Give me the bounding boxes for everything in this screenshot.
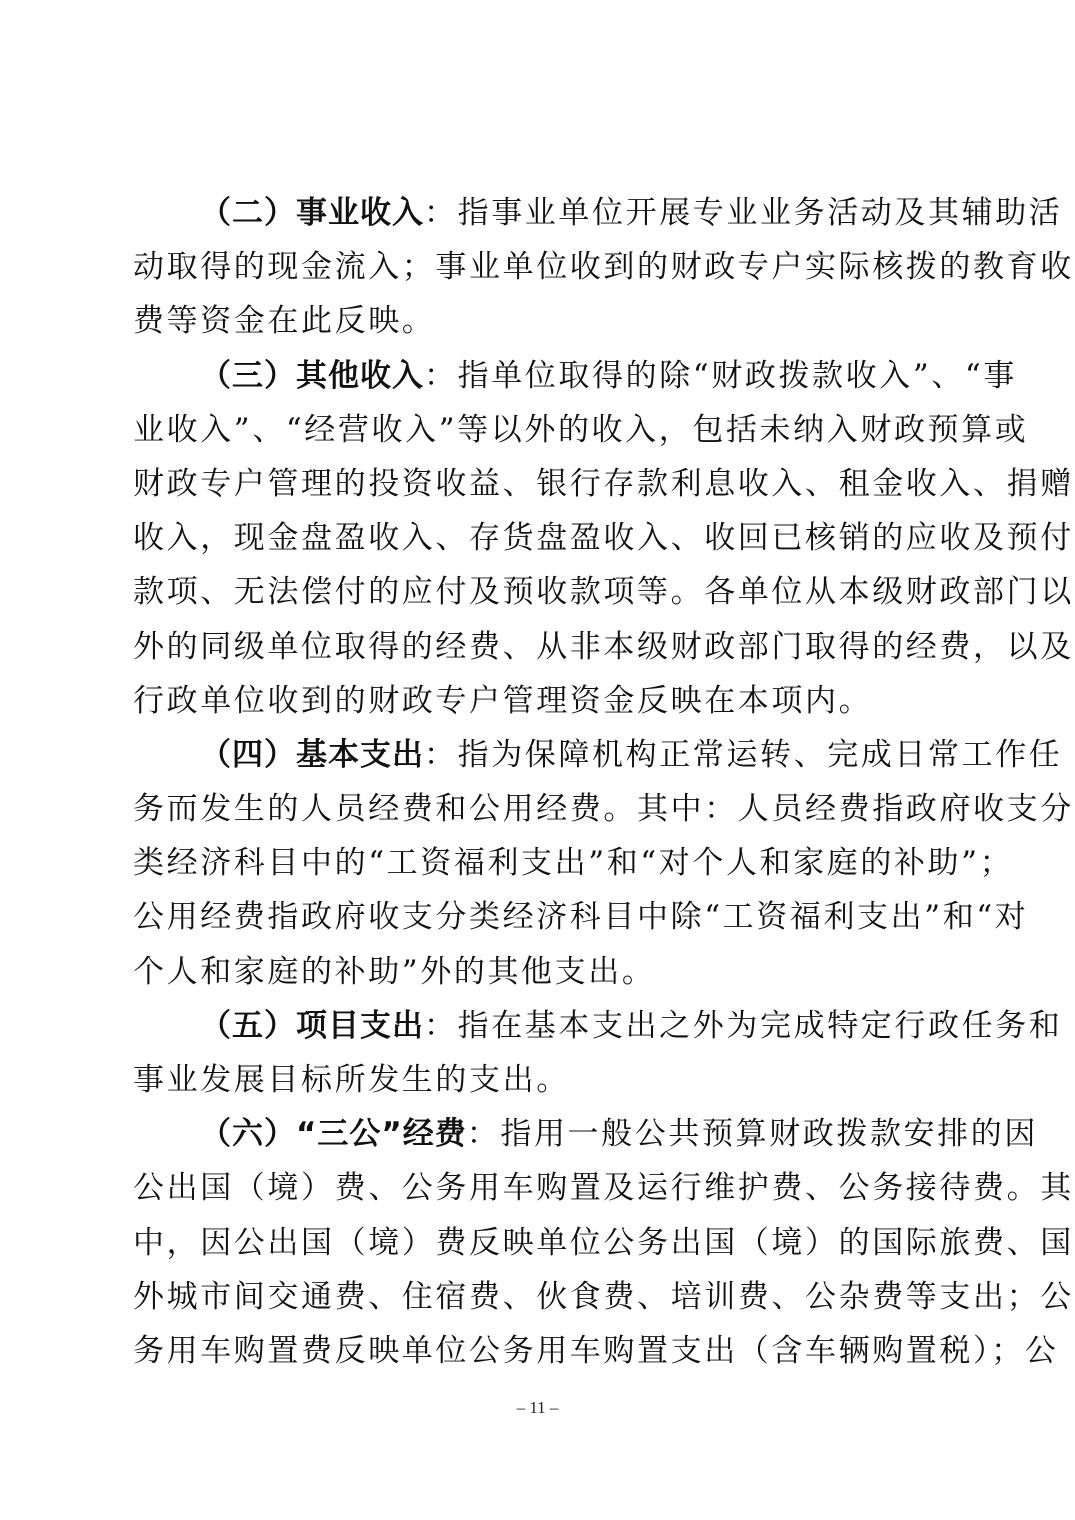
- paragraph-line: 款项、无法偿付的应付及预收款项等。各单位从本级财政部门以: [133, 565, 945, 619]
- paragraph-line: 类经济科目中的“工资福利支出”和“对个人和家庭的补助”；: [133, 836, 945, 890]
- paragraph-line: 公用经费指政府收支分类经济科目中除“工资福利支出”和“对: [133, 890, 945, 944]
- paragraph-line: （五）项目支出：指在基本支出之外为完成特定行政任务和: [133, 999, 945, 1053]
- paragraph-three-public-expenses: （六）“三公”经费：指用一般公共预算财政拨款安排的因 公出国（境）费、公务用车购…: [133, 1107, 945, 1378]
- paragraph-line: 业收入”、“经营收入”等以外的收入，包括未纳入财政预算或: [133, 403, 945, 457]
- term-heading: （二）事业收入: [200, 195, 424, 231]
- paragraph-business-income: （二）事业收入：指事业单位开展专业业务活动及其辅助活 动取得的现金流入；事业单位…: [133, 186, 945, 349]
- paragraph-basic-expenditure: （四）基本支出：指为保障机构正常运转、完成日常工作任 务而发生的人员经费和公用经…: [133, 728, 945, 999]
- paragraph-line: （六）“三公”经费：指用一般公共预算财政拨款安排的因: [133, 1107, 945, 1161]
- term-heading: （四）基本支出: [200, 737, 424, 773]
- paragraph-line: 收入，现金盘盈收入、存货盘盈收入、收回已核销的应收及预付: [133, 511, 945, 565]
- term-heading: （三）其他收入: [200, 358, 424, 394]
- paragraph-line: 公出国（境）费、公务用车购置及运行维护费、公务接待费。其: [133, 1161, 945, 1215]
- paragraph-line: 动取得的现金流入；事业单位收到的财政专户实际核拨的教育收: [133, 240, 945, 294]
- paragraph-other-income: （三）其他收入：指单位取得的除“财政拨款收入”、“事 业收入”、“经营收入”等以…: [133, 349, 945, 728]
- term-heading: （六）“三公”经费: [200, 1116, 467, 1152]
- paragraph-line: 费等资金在此反映。: [133, 294, 945, 348]
- paragraph-line: （二）事业收入：指事业单位开展专业业务活动及其辅助活: [133, 186, 945, 240]
- paragraph-line: （四）基本支出：指为保障机构正常运转、完成日常工作任: [133, 728, 945, 782]
- paragraph-line: 个人和家庭的补助”外的其他支出。: [133, 945, 945, 999]
- paragraph-line: 中，因公出国（境）费反映单位公务出国（境）的国际旅费、国: [133, 1216, 945, 1270]
- page-number: – 11 –: [0, 1398, 1075, 1418]
- document-body: （二）事业收入：指事业单位开展专业业务活动及其辅助活 动取得的现金流入；事业单位…: [133, 186, 945, 1378]
- paragraph-line: 务而发生的人员经费和公用经费。其中：人员经费指政府收支分: [133, 782, 945, 836]
- paragraph-line: 外城市间交通费、住宿费、伙食费、培训费、公杂费等支出；公: [133, 1270, 945, 1324]
- paragraph-line: （三）其他收入：指单位取得的除“财政拨款收入”、“事: [133, 349, 945, 403]
- paragraph-line: 财政专户管理的投资收益、银行存款利息收入、租金收入、捐赠: [133, 457, 945, 511]
- paragraph-line: 务用车购置费反映单位公务用车购置支出（含车辆购置税）；公: [133, 1324, 945, 1378]
- paragraph-line: 行政单位收到的财政专户管理资金反映在本项内。: [133, 674, 945, 728]
- paragraph-line: 事业发展目标所发生的支出。: [133, 1053, 945, 1107]
- paragraph-project-expenditure: （五）项目支出：指在基本支出之外为完成特定行政任务和 事业发展目标所发生的支出。: [133, 999, 945, 1107]
- paragraph-line: 外的同级单位取得的经费、从非本级财政部门取得的经费，以及: [133, 620, 945, 674]
- term-heading: （五）项目支出: [200, 1008, 424, 1044]
